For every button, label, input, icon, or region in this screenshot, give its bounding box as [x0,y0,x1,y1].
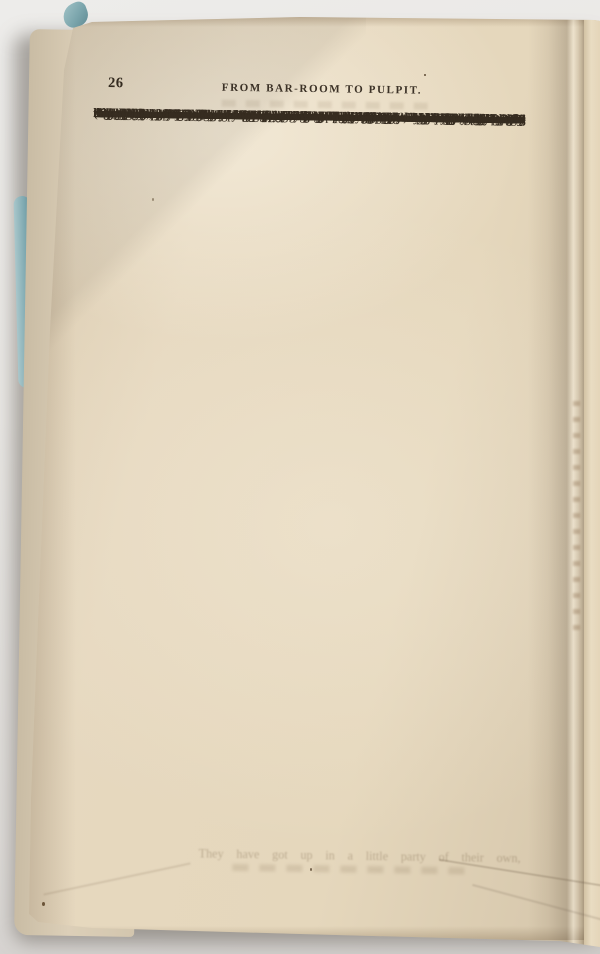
page-edge-wear [573,395,580,630]
book-page: 26 FROM BAR-ROOM TO PULPIT. they call it… [0,0,600,954]
show-through-text: They have got up in a little party of th… [199,846,521,865]
show-through-smudge [232,864,472,875]
page-crease-topleft [26,14,366,369]
adjacent-page-edge [584,18,600,954]
running-header-title: FROM BAR-ROOM TO PULPIT. [222,82,422,97]
paper-speck [42,902,45,906]
page-number: 26 [108,75,124,92]
paper-speck [152,198,154,201]
photo-backdrop: 26 FROM BAR-ROOM TO PULPIT. they call it… [0,0,600,954]
paper-speck [424,74,426,76]
page-edge-top [0,16,600,27]
